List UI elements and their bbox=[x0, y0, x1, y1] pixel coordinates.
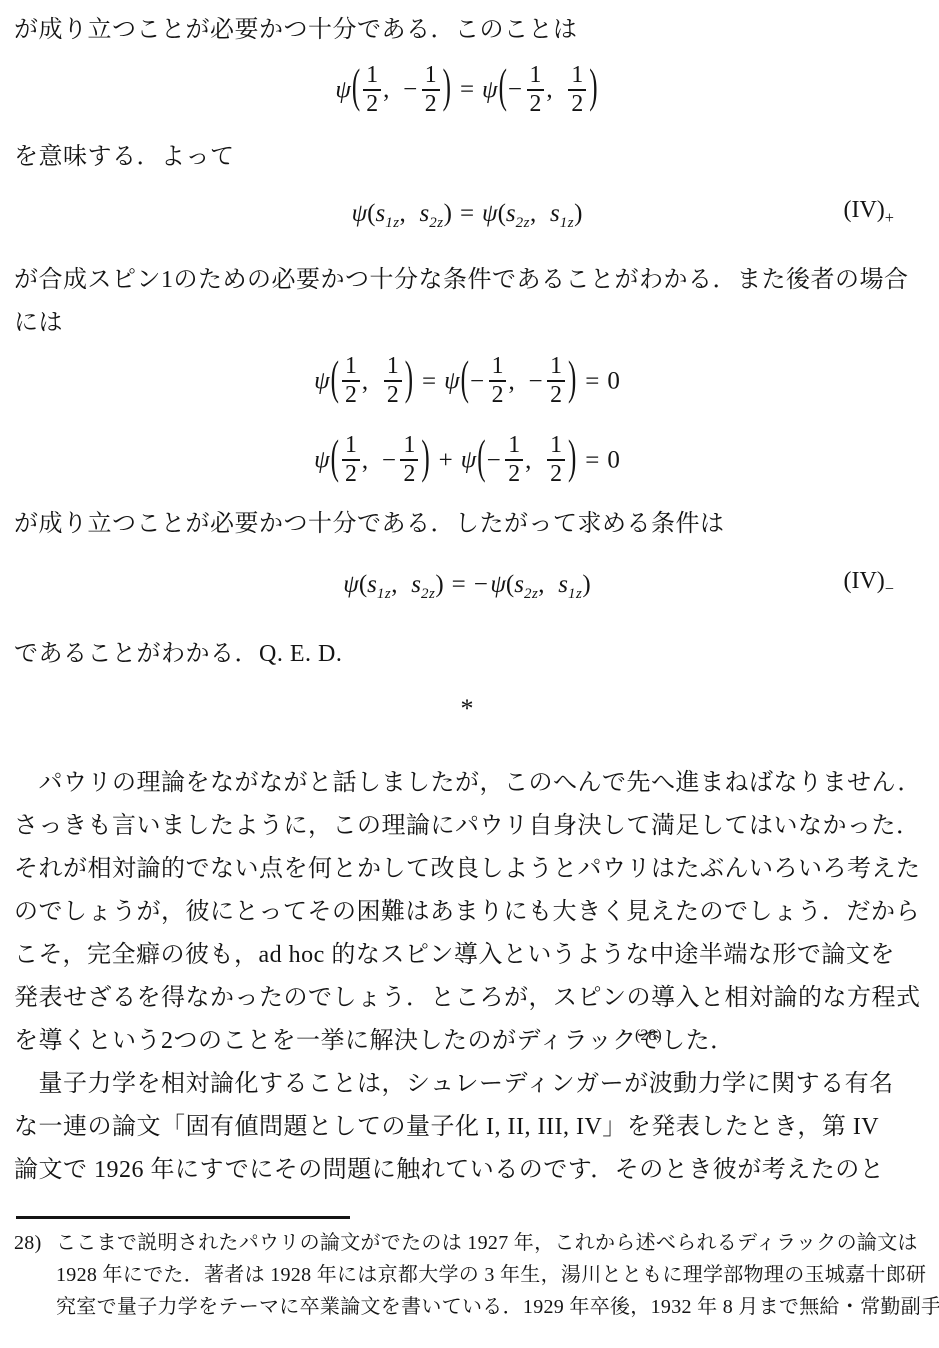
paragraph-line: パウリの理論をながながと話しましたが，このへんで先へ進まねばなりません． bbox=[14, 762, 920, 805]
equals-sign: = bbox=[452, 571, 466, 598]
fraction-numerator: 1 bbox=[363, 62, 381, 89]
fraction-numerator: 1 bbox=[527, 62, 545, 89]
fraction-denominator: 2 bbox=[547, 459, 565, 488]
label-sub-minus: − bbox=[885, 578, 894, 597]
equation-body: ψ(12,−12)=ψ(−12,12) bbox=[335, 64, 598, 119]
psi-symbol: ψ bbox=[444, 368, 460, 395]
fraction-one-half: 12 bbox=[363, 62, 381, 117]
fraction-numerator: 1 bbox=[547, 432, 565, 459]
fraction-one-half: 12 bbox=[489, 353, 507, 408]
equation-body: ψ(12,12)=ψ(−12,−12)=0 bbox=[314, 355, 620, 410]
minus-sign: − bbox=[474, 571, 488, 598]
fraction-denominator: 2 bbox=[400, 459, 418, 488]
left-paren: ( bbox=[331, 432, 339, 485]
comma: , bbox=[383, 76, 389, 103]
comma: , bbox=[546, 76, 552, 103]
comma: , bbox=[391, 571, 397, 598]
fraction-numerator: 1 bbox=[400, 432, 418, 459]
s-symbol: s bbox=[558, 571, 568, 598]
footnote-ref-28: (28) bbox=[635, 1014, 662, 1057]
label-iv: (IV) bbox=[843, 197, 884, 223]
right-paren: ) bbox=[589, 62, 597, 115]
footnote-marker: 28) bbox=[14, 1227, 56, 1323]
book-page: が成り立つことが必要かつ十分である．このことは ψ(12,−12)=ψ(−12,… bbox=[0, 0, 939, 1348]
equation-label-iv-plus: (IV)+ bbox=[843, 189, 894, 239]
left-paren: ( bbox=[477, 432, 485, 485]
fraction-denominator: 2 bbox=[363, 89, 381, 118]
fraction-one-half: 12 bbox=[527, 62, 545, 117]
equation-body: ψ(s1z,s2z)=−ψ(s2z,s1z) bbox=[343, 564, 590, 615]
fraction-numerator: 1 bbox=[505, 432, 523, 459]
left-paren: ( bbox=[461, 353, 469, 406]
footnote-ref-anchor: (28)でした． bbox=[637, 1028, 735, 1054]
comma: , bbox=[400, 200, 406, 227]
minus-sign: − bbox=[508, 76, 522, 103]
minus-sign: − bbox=[382, 447, 396, 474]
text-line-suffices-2: が成り立つことが必要かつ十分である．したがって求める条件は bbox=[14, 506, 920, 542]
text-block-spin1: が合成スピン1のための必要かつ十分な条件であることがわかる．また後者の場合 には bbox=[14, 259, 920, 345]
footnote-body: ここまで説明されたパウリの論文がでたのは 1927 年，これから述べられるディラ… bbox=[56, 1227, 939, 1323]
footnote-28: 28) ここまで説明されたパウリの論文がでたのは 1927 年，これから述べられ… bbox=[14, 1227, 920, 1323]
psi-symbol: ψ bbox=[482, 76, 498, 103]
paragraph-pauli: パウリの理論をながながと話しましたが，このへんで先へ進まねばなりません． さっき… bbox=[14, 762, 920, 1063]
s-symbol: s bbox=[367, 571, 377, 598]
s-symbol: s bbox=[375, 200, 385, 227]
plus-sign: + bbox=[439, 447, 453, 474]
footnote-line: 1928 年にでた．著者は 1928 年には京都大学の 3 年生，湯川とともに理… bbox=[56, 1259, 939, 1291]
fraction-denominator: 2 bbox=[342, 459, 360, 488]
fraction-numerator: 1 bbox=[568, 62, 586, 89]
equation-sum-zero: ψ(12,−12)+ψ(−12,12)=0 bbox=[14, 434, 920, 489]
minus-sign: − bbox=[528, 368, 542, 395]
fraction-denominator: 2 bbox=[568, 89, 586, 118]
fraction-one-half: 12 bbox=[505, 432, 523, 487]
comma: , bbox=[530, 200, 536, 227]
fraction-denominator: 2 bbox=[505, 459, 523, 488]
right-paren: ) bbox=[443, 62, 451, 115]
left-paren: ( bbox=[506, 571, 514, 598]
paragraph-line: それが相対論的でない点を何とかして改良しようとパウリはたぶんいろいろ考えた bbox=[14, 848, 920, 891]
minus-sign: − bbox=[470, 368, 484, 395]
minus-sign: − bbox=[487, 447, 501, 474]
psi-symbol: ψ bbox=[314, 368, 330, 395]
paragraph-line: 発表せざるを得なかったのでしょう．ところが，スピンの導入と相対論的な方程式 bbox=[14, 977, 920, 1020]
subscript-1z: 1z bbox=[377, 586, 391, 602]
paragraph-line-text: を導くという2つのことを一挙に解決したのがディラック bbox=[14, 1028, 637, 1054]
equation-iv-plus: ψ(s1z,s2z)=ψ(s2z,s1z) (IV)+ bbox=[14, 193, 920, 235]
comma: , bbox=[362, 368, 368, 395]
fraction-one-half: 12 bbox=[342, 432, 360, 487]
equation-iv-minus: ψ(s1z,s2z)=−ψ(s2z,s1z) (IV)− bbox=[14, 564, 920, 606]
comma: , bbox=[538, 571, 544, 598]
label-sub-plus: + bbox=[885, 208, 894, 227]
fraction-one-half: 12 bbox=[342, 353, 360, 408]
footnote-line: ここまで説明されたパウリの論文がでたのは 1927 年，これから述べられるディラ… bbox=[56, 1227, 939, 1259]
paragraph-line: こそ，完全癖の彼も，ad hoc 的なスピン導入というような中途半端な形で論文を bbox=[14, 934, 920, 977]
right-paren: ) bbox=[444, 200, 452, 227]
text-line-qed: であることがわかる．Q. E. D. bbox=[14, 636, 920, 672]
equation-label-iv-minus: (IV)− bbox=[843, 560, 894, 610]
equation-psi-halves-antisym: ψ(12,−12)=ψ(−12,12) bbox=[14, 64, 920, 119]
equals-sign: = bbox=[460, 76, 474, 103]
fraction-one-half: 12 bbox=[400, 432, 418, 487]
fraction-one-half: 12 bbox=[547, 432, 565, 487]
subscript-2z: 2z bbox=[421, 586, 435, 602]
psi-symbol: ψ bbox=[314, 447, 330, 474]
left-paren: ( bbox=[499, 62, 507, 115]
fraction-numerator: 1 bbox=[422, 62, 440, 89]
text-line-means: を意味する．よって bbox=[14, 139, 920, 175]
psi-symbol: ψ bbox=[335, 76, 351, 103]
fraction-denominator: 2 bbox=[547, 380, 565, 409]
psi-symbol: ψ bbox=[482, 200, 498, 227]
right-paren: ) bbox=[568, 353, 576, 406]
fraction-one-half: 12 bbox=[384, 353, 402, 408]
subscript-2z: 2z bbox=[516, 215, 530, 231]
fraction-denominator: 2 bbox=[527, 89, 545, 118]
left-paren: ( bbox=[331, 353, 339, 406]
equals-sign: = bbox=[585, 447, 599, 474]
fraction-denominator: 2 bbox=[384, 380, 402, 409]
s-symbol: s bbox=[550, 200, 560, 227]
label-iv: (IV) bbox=[843, 568, 884, 594]
right-paren: ) bbox=[435, 571, 443, 598]
paragraph-line: な一連の論文「固有値問題としての量子化 I, II, III, IV」を発表した… bbox=[14, 1106, 920, 1149]
subscript-1z: 1z bbox=[568, 586, 582, 602]
equation-body: ψ(s1z,s2z)=ψ(s2z,s1z) bbox=[352, 193, 583, 244]
right-paren: ) bbox=[568, 432, 576, 485]
zero: 0 bbox=[607, 368, 620, 395]
right-paren: ) bbox=[582, 571, 590, 598]
psi-symbol: ψ bbox=[461, 447, 477, 474]
text-line-spin1-a: が合成スピン1のための必要かつ十分な条件であることがわかる．また後者の場合 bbox=[14, 259, 920, 302]
equation-body: ψ(12,−12)+ψ(−12,12)=0 bbox=[314, 434, 620, 489]
equals-sign: = bbox=[422, 368, 436, 395]
s-symbol: s bbox=[506, 200, 516, 227]
paragraph-line: 論文で 1926 年にすでにその問題に触れているのです．そのとき彼が考えたのと bbox=[14, 1149, 920, 1192]
fraction-numerator: 1 bbox=[342, 432, 360, 459]
paragraph-line: のでしょうが，彼にとってその困難はあまりにも大きく見えたのでしょう．だから bbox=[14, 891, 920, 934]
right-paren: ) bbox=[421, 432, 429, 485]
s-symbol: s bbox=[514, 571, 524, 598]
paragraph-line: を導くという2つのことを一挙に解決したのがディラック(28)でした． bbox=[14, 1020, 920, 1063]
subscript-1z: 1z bbox=[560, 215, 574, 231]
subscript-1z: 1z bbox=[385, 215, 399, 231]
fraction-one-half: 12 bbox=[547, 353, 565, 408]
paragraph-line: 量子力学を相対論化することは，シュレーディンガーが波動力学に関する有名 bbox=[14, 1063, 920, 1106]
comma: , bbox=[508, 368, 514, 395]
right-paren: ) bbox=[405, 353, 413, 406]
fraction-denominator: 2 bbox=[342, 380, 360, 409]
equals-sign: = bbox=[460, 200, 474, 227]
comma: , bbox=[362, 447, 368, 474]
minus-sign: − bbox=[403, 76, 417, 103]
s-symbol: s bbox=[420, 200, 430, 227]
text-line-suffices-1: が成り立つことが必要かつ十分である．このことは bbox=[14, 12, 920, 48]
fraction-numerator: 1 bbox=[489, 353, 507, 380]
section-separator-star: * bbox=[14, 694, 920, 724]
comma: , bbox=[525, 447, 531, 474]
fraction-one-half: 12 bbox=[568, 62, 586, 117]
right-paren: ) bbox=[574, 200, 582, 227]
subscript-2z: 2z bbox=[429, 215, 443, 231]
text-line-spin1-b: には bbox=[14, 302, 920, 345]
fraction-denominator: 2 bbox=[489, 380, 507, 409]
paragraph-quantum: 量子力学を相対論化することは，シュレーディンガーが波動力学に関する有名 な一連の… bbox=[14, 1063, 920, 1192]
paragraph-line: さっきも言いましたように，この理論にパウリ自身決して満足してはいなかった． bbox=[14, 805, 920, 848]
footnote-separator-rule bbox=[16, 1216, 350, 1219]
equation-symmetric-zero: ψ(12,12)=ψ(−12,−12)=0 bbox=[14, 355, 920, 410]
psi-symbol: ψ bbox=[352, 200, 368, 227]
fraction-denominator: 2 bbox=[422, 89, 440, 118]
subscript-2z: 2z bbox=[524, 586, 538, 602]
footnote-line: 究室で量子力学をテーマに卒業論文を書いている．1929 年卒後，1932 年 8… bbox=[56, 1291, 939, 1323]
left-paren: ( bbox=[359, 571, 367, 598]
psi-symbol: ψ bbox=[490, 571, 506, 598]
fraction-numerator: 1 bbox=[384, 353, 402, 380]
equals-sign: = bbox=[585, 368, 599, 395]
zero: 0 bbox=[607, 447, 620, 474]
fraction-numerator: 1 bbox=[547, 353, 565, 380]
fraction-numerator: 1 bbox=[342, 353, 360, 380]
left-paren: ( bbox=[352, 62, 360, 115]
left-paren: ( bbox=[498, 200, 506, 227]
s-symbol: s bbox=[411, 571, 421, 598]
psi-symbol: ψ bbox=[343, 571, 359, 598]
fraction-one-half: 12 bbox=[422, 62, 440, 117]
